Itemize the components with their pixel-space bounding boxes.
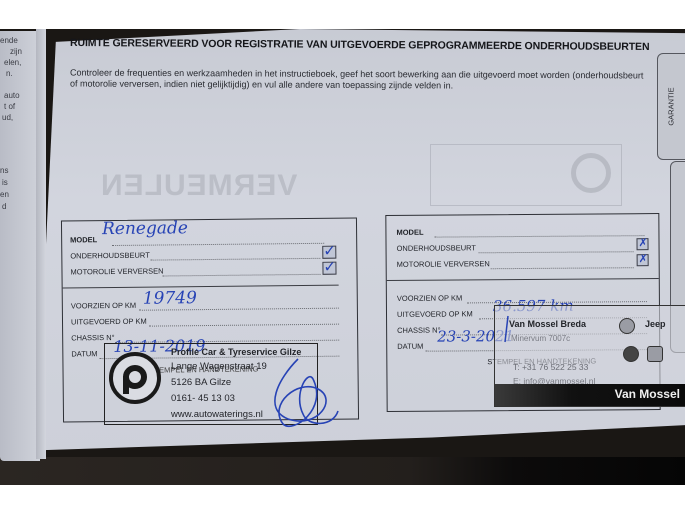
date-label: DATUM: [397, 342, 423, 351]
cross-mark-icon: ✗: [639, 252, 648, 265]
service-line: [150, 258, 320, 261]
form-divider: [387, 278, 659, 281]
left-page-text-3: elen,: [4, 57, 21, 68]
done-km-label: UITGEVOERD OP KM: [397, 309, 473, 319]
chassis-label: CHASSIS N°: [397, 326, 440, 335]
left-page-text-6: t of: [4, 101, 15, 112]
service-label: ONDERHOUDSBEURT: [397, 243, 477, 253]
model-label: MODEL: [70, 235, 97, 244]
booklet-left-page: ende zijn elen, n. auto t of ud, ns is e…: [0, 31, 40, 461]
left-page-text-5: auto: [4, 90, 20, 101]
left-page-text-8: ns: [0, 165, 8, 176]
instructions-text: Controleer de frequenties en werkzaamhed…: [70, 67, 650, 92]
profile-p-logo-icon: [109, 352, 161, 404]
stamp1-phone: 0161- 45 13 03: [171, 393, 235, 404]
left-page-text-4: n.: [6, 68, 13, 79]
model-value: Renegade: [102, 218, 188, 239]
tab-garantie-label: GARANTIE: [667, 87, 676, 125]
checkmark-icon: ✓: [323, 258, 336, 276]
oil-label: MOTOROLIE VERVERSEN: [397, 259, 490, 269]
oil-label: MOTOROLIE VERVERSEN: [70, 266, 163, 276]
alfa-badge-icon: [623, 346, 639, 362]
tab-garantie[interactable]: GARANTIE: [657, 53, 685, 160]
stamp2-phone: T: +31 76 522 25 33: [513, 362, 588, 372]
service-label: ONDERHOUDSBEURT: [70, 251, 150, 261]
signature-1: [258, 349, 348, 439]
p-logo-stem: [123, 376, 129, 394]
cross-mark-icon: ✗: [638, 236, 647, 249]
stamp1-address: Lange Wagenstraat 19: [171, 361, 267, 372]
oil-checkbox[interactable]: ✗: [637, 254, 649, 266]
left-page-text-2: zijn: [10, 46, 22, 57]
abarth-badge-icon: [647, 346, 663, 362]
service-checkbox[interactable]: ✗: [636, 238, 648, 250]
planned-km-label: VOORZIEN OP KM: [397, 293, 462, 302]
signature-2: [500, 314, 520, 344]
show-through-p-logo-icon: [571, 153, 611, 193]
done-km-line: [149, 324, 339, 327]
oil-line: [491, 267, 634, 269]
model-label: MODEL: [396, 228, 423, 237]
van-mossel-banner-text: Van Mossel: [615, 387, 680, 401]
stamp2-company: Van Mossel Breda: [509, 319, 586, 329]
model-line: [434, 235, 644, 237]
fiat-badge-icon: [619, 318, 635, 334]
van-mossel-banner: Van Mossel: [495, 384, 685, 406]
date-label: DATUM: [71, 349, 97, 358]
done-km-label: UITGEVOERD OP KM: [71, 317, 147, 327]
dealer-stamp-2: Van Mossel Breda Jeep Minervum 7007c T: …: [494, 305, 685, 407]
show-through-stamp: [430, 144, 622, 206]
model-line: [112, 243, 324, 246]
oil-line: [163, 274, 321, 277]
table-surface: [0, 457, 685, 485]
left-page-text-10: en: [0, 189, 9, 200]
chassis-label: CHASSIS N°: [71, 333, 115, 342]
show-through-logo: VERMEULEN: [100, 169, 297, 203]
stamp1-web: www.autowaterings.nl: [171, 409, 263, 420]
stamp1-city: 5126 BA Gilze: [171, 377, 231, 388]
stamp2-brand: Jeep: [645, 319, 666, 329]
planned-km-value: 19749: [143, 288, 197, 309]
left-page-text-11: d: [2, 201, 6, 212]
left-page-text-1: ende: [0, 35, 18, 46]
service-line: [479, 251, 634, 253]
service-booklet-photo: ende zijn elen, n. auto t of ud, ns is e…: [0, 29, 685, 485]
oil-checkbox[interactable]: ✓: [322, 262, 336, 275]
page-gutter: [36, 29, 46, 459]
form-divider: [63, 285, 339, 289]
planned-km-label: VOORZIEN OP KM: [71, 301, 136, 311]
left-page-text-7: ud,: [2, 112, 13, 123]
left-page-text-9: is: [2, 177, 8, 188]
